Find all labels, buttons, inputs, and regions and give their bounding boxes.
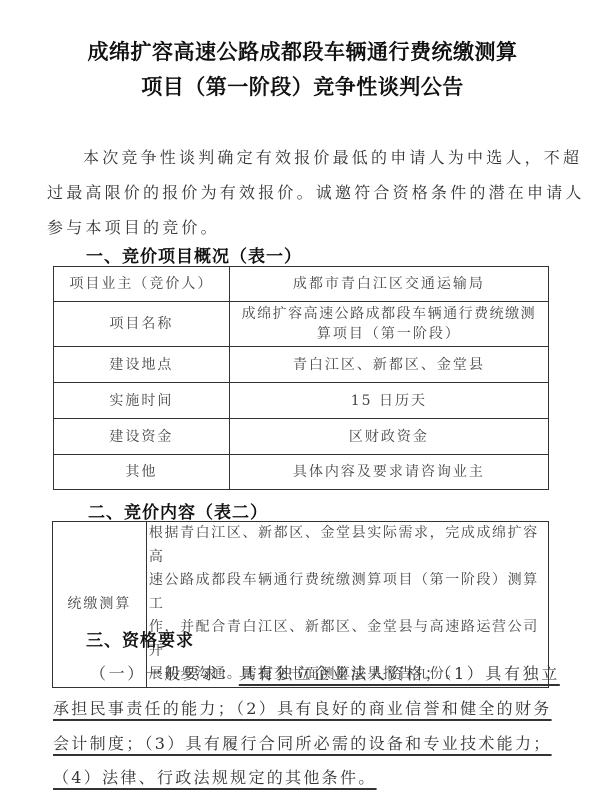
row-label: 实施时间 [54,383,230,419]
row-value: 青白江区、新都区、金堂县 [229,347,548,383]
requirements-text: 具有独立企业法人资格；（1）具有独立 [239,664,560,683]
content-line: 作，并配合青白江区、新都区、金堂县与高速路运营公司开 [149,616,546,663]
row-value-line2: 算项目（第一阶段） [236,324,542,344]
requirements-line2: 承担民事责任的能力；（2）具有良好的商业信誉和健全的财务 [53,696,552,719]
row-value-line1: 成绵扩容高速公路成都段车辆通行费统缴测 [236,304,542,324]
document-title-line2: 项目（第一阶段）竞争性谈判公告 [0,71,605,101]
table-row: 建设地点 青白江区、新都区、金堂县 [54,347,549,383]
intro-line3: 参与本项目的竞价。 [47,215,220,238]
table-row: 实施时间 15 日历天 [54,383,549,419]
row-value: 成绵扩容高速公路成都段车辆通行费统缴测 算项目（第一阶段） [229,302,548,347]
section1-heading: 一、竞价项目概况（表一） [86,242,302,267]
row-value: 成都市青白江区交通运输局 [229,267,548,302]
row-value: 区财政资金 [229,419,548,455]
requirements-line4: （4）法律、行政法规规定的其他条件。 [53,765,377,788]
row-label: 其他 [54,455,230,490]
table-row: 项目业主（竞价人） 成都市青白江区交通运输局 [54,267,549,302]
section2-heading: 二、竞价内容（表二） [88,498,268,523]
table-row: 其他 具体内容及要求请咨询业主 [54,455,549,490]
content-line: 根据青白江区、新都区、金堂县实际需求，完成成绵扩容高 [149,522,546,569]
document-title-line1: 成绵扩容高速公路成都段车辆通行费统缴测算 [0,36,605,66]
intro-line1: 本次竞争性谈判确定有效报价最低的申请人为中选人，不超 [83,145,582,168]
project-overview-table: 项目业主（竞价人） 成都市青白江区交通运输局 项目名称 成绵扩容高速公路成都段车… [53,266,549,490]
row-label: 项目名称 [54,302,230,347]
requirements-prefix: （一）一般要求： [90,664,239,683]
table-row: 建设资金 区财政资金 [54,419,549,455]
row-label: 建设地点 [54,347,230,383]
content-line: 速公路成都段车辆通行费统缴测算项目（第一阶段）测算工 [149,569,546,616]
requirements-line1: （一）一般要求：具有独立企业法人资格；（1）具有独立 [90,661,560,684]
row-value: 具体内容及要求请咨询业主 [229,455,548,490]
table-row: 项目名称 成绵扩容高速公路成都段车辆通行费统缴测 算项目（第一阶段） [54,302,549,347]
intro-line2: 过最高限价的报价为有效报价。诚邀符合资格条件的潜在申请人 [47,180,585,203]
section3-heading: 三、资格要求 [86,626,194,651]
row-label: 建设资金 [54,419,230,455]
requirements-line3: 会计制度；（3）具有履行合同所必需的设备和专业技术能力； [53,731,552,754]
row-value: 15 日历天 [229,383,548,419]
row-label: 项目业主（竞价人） [54,267,230,302]
